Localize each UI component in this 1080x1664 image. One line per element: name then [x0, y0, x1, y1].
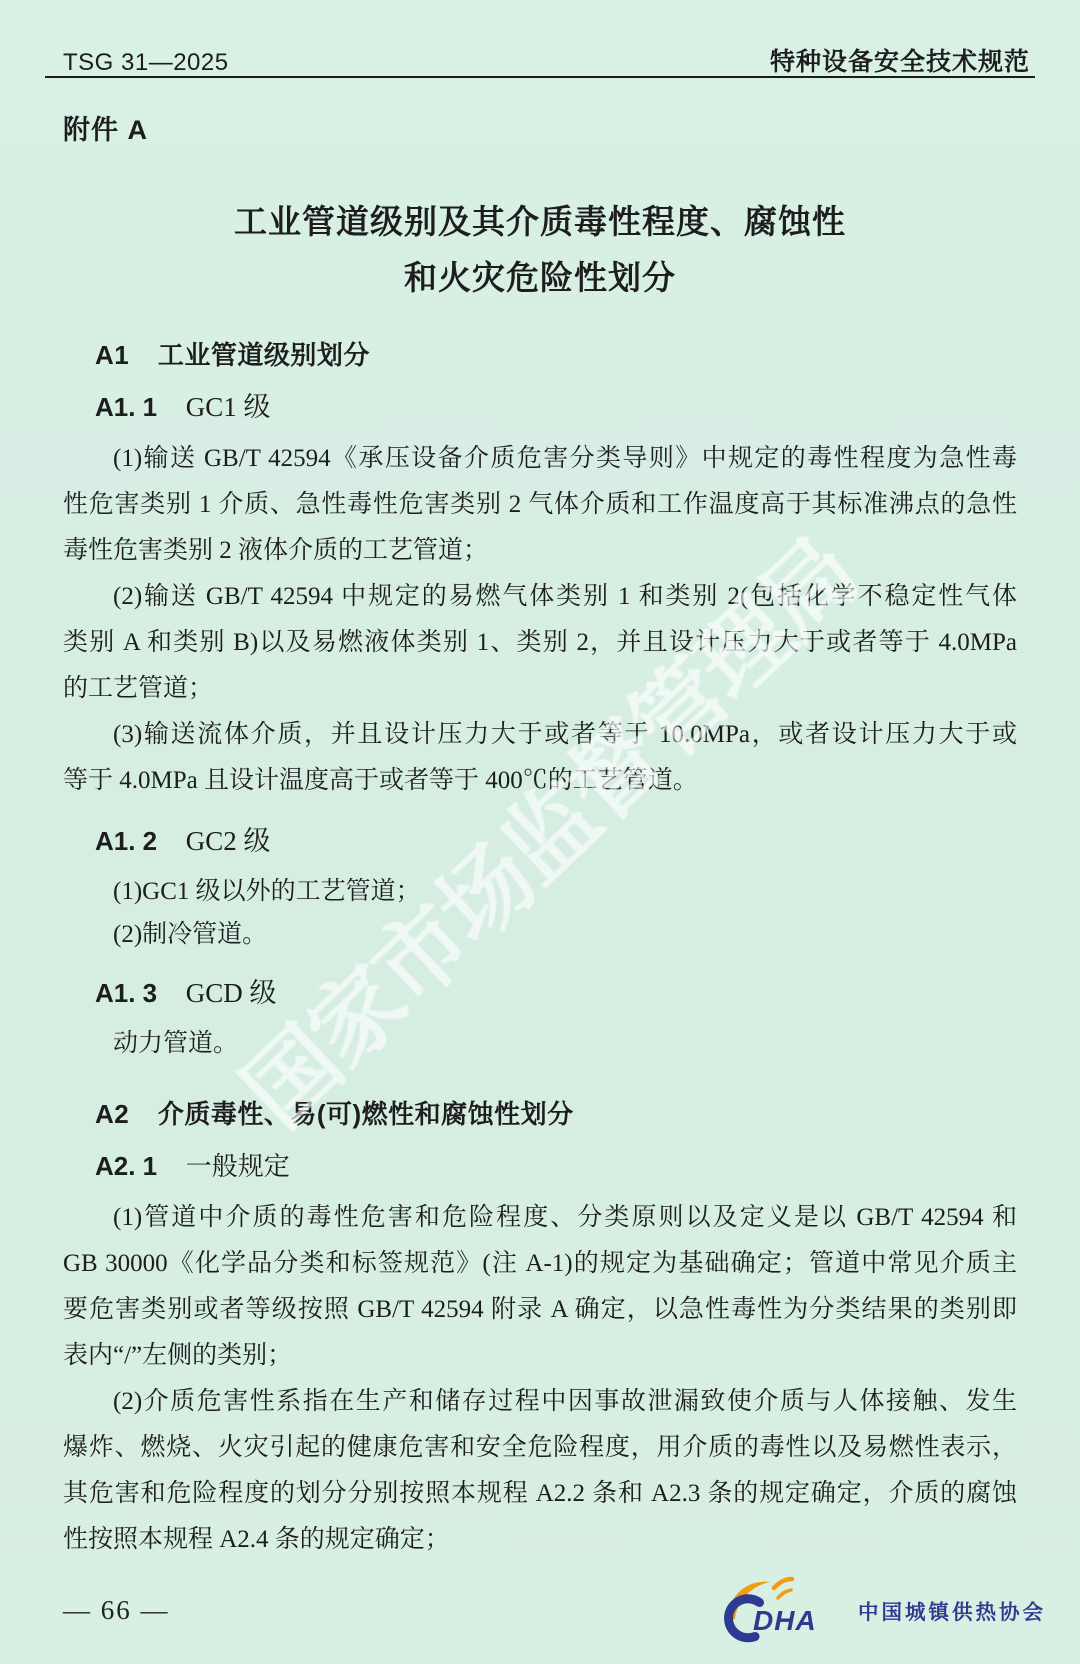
paragraph-line: 的工艺管道；	[63, 666, 1017, 712]
paragraph-line: (2)输送 GB/T 42594 中规定的易燃气体类别 1 和类别 2(包括化学…	[63, 574, 1017, 620]
association-logo: DHA 中国城镇供热协会	[718, 1572, 1046, 1648]
heading-number: A1. 3	[95, 978, 157, 1008]
subsection-heading: A2. 1一般规定	[63, 1151, 1017, 1181]
dha-logo-icon: DHA	[718, 1572, 852, 1648]
document-code: TSG 31—2025	[63, 49, 229, 77]
paragraph-line: 动力管道。	[63, 1022, 1017, 1065]
paragraph-line: (2)制冷管道。	[63, 913, 1017, 956]
heading-number: A2	[95, 1099, 129, 1129]
paragraph-line: (1)管道中介质的毒性危害和危险程度、分类原则以及定义是以 GB/T 42594…	[63, 1195, 1017, 1241]
heading-title: 工业管道级别划分	[158, 340, 370, 370]
heading-title: GC2 级	[186, 826, 271, 856]
section-heading: A2介质毒性、易(可)燃性和腐蚀性划分	[63, 1099, 1017, 1129]
document-title-line1: 工业管道级别及其介质毒性程度、腐蚀性	[63, 194, 1017, 250]
logo-association-name: 中国城镇供热协会	[858, 1595, 1046, 1625]
paragraph: (2)介质危害性系指在生产和储存过程中因事故泄漏致使介质与人体接触、发生爆炸、燃…	[63, 1379, 1017, 1563]
heading-number: A1. 1	[95, 392, 157, 422]
subsection-heading: A1. 1GC1 级	[63, 392, 1017, 422]
paragraph-line: GB 30000《化学品分类和标签规范》(注 A-1)的规定为基础确定；管道中常…	[63, 1241, 1017, 1287]
paragraph-line: (2)介质危害性系指在生产和储存过程中因事故泄漏致使介质与人体接触、发生	[63, 1379, 1017, 1425]
paragraph: (2)制冷管道。	[63, 913, 1017, 956]
heading-title: GCD 级	[186, 978, 277, 1008]
paragraph-line: (3)输送流体介质，并且设计压力大于或者等于 10.0MPa，或者设计压力大于或	[63, 712, 1017, 758]
logo-arc-small-icon	[778, 1590, 791, 1598]
paragraph-line: 表内“/”左侧的类别；	[63, 1333, 1017, 1379]
paragraph: (2)输送 GB/T 42594 中规定的易燃气体类别 1 和类别 2(包括化学…	[63, 574, 1017, 712]
page-header: TSG 31—2025 特种设备安全技术规范	[63, 42, 1030, 78]
paragraph: (1)管道中介质的毒性危害和危险程度、分类原则以及定义是以 GB/T 42594…	[63, 1195, 1017, 1379]
page-number: — 66 —	[63, 1595, 170, 1626]
paragraph: 动力管道。	[63, 1022, 1017, 1065]
header-rule	[45, 76, 1035, 78]
document-body: 工业管道级别及其介质毒性程度、腐蚀性 和火灾危险性划分 A1工业管道级别划分A1…	[63, 194, 1017, 1563]
logo-arc-icon	[774, 1579, 792, 1588]
heading-number: A1	[95, 340, 129, 370]
paragraph: (1)GC1 级以外的工艺管道；	[63, 870, 1017, 913]
paragraph-line: 毒性危害类别 2 液体介质的工艺管道；	[63, 528, 1017, 574]
heading-number: A2. 1	[95, 1151, 157, 1181]
logo-acronym: DHA	[753, 1605, 817, 1636]
paragraph-line: (1)输送 GB/T 42594《承压设备介质危害分类导则》中规定的毒性程度为急…	[63, 436, 1017, 482]
attachment-label: 附件 A	[63, 108, 148, 147]
paragraph-line: 类别 A 和类别 B)以及易燃液体类别 1、类别 2，并且设计压力大于或者等于 …	[63, 620, 1017, 666]
document-title-line2: 和火灾危险性划分	[63, 250, 1017, 306]
subsection-heading: A1. 3GCD 级	[63, 978, 1017, 1008]
heading-title: 一般规定	[186, 1151, 290, 1181]
document-category: 特种设备安全技术规范	[770, 42, 1030, 78]
paragraph-line: 等于 4.0MPa 且设计温度高于或者等于 400℃的工艺管道。	[63, 758, 1017, 804]
paragraph-line: 爆炸、燃烧、火灾引起的健康危害和安全危险程度，用介质的毒性以及易燃性表示，	[63, 1425, 1017, 1471]
section-heading: A1工业管道级别划分	[63, 340, 1017, 370]
paragraph: (3)输送流体介质，并且设计压力大于或者等于 10.0MPa，或者设计压力大于或…	[63, 712, 1017, 804]
subsection-heading: A1. 2GC2 级	[63, 826, 1017, 856]
heading-title: 介质毒性、易(可)燃性和腐蚀性划分	[158, 1099, 574, 1129]
heading-number: A1. 2	[95, 826, 157, 856]
paragraph-line: 性按照本规程 A2.4 条的规定确定；	[63, 1517, 1017, 1563]
paragraph-line: 其危害和危险程度的划分分别按照本规程 A2.2 条和 A2.3 条的规定确定，介…	[63, 1471, 1017, 1517]
paragraph-line: 要危害类别或者等级按照 GB/T 42594 附录 A 确定，以急性毒性为分类结…	[63, 1287, 1017, 1333]
paragraph-line: 性危害类别 1 介质、急性毒性危害类别 2 气体介质和工作温度高于其标准沸点的急…	[63, 482, 1017, 528]
paragraph: (1)输送 GB/T 42594《承压设备介质危害分类导则》中规定的毒性程度为急…	[63, 436, 1017, 574]
paragraph-line: (1)GC1 级以外的工艺管道；	[63, 870, 1017, 913]
document-page: TSG 31—2025 特种设备安全技术规范 附件 A 工业管道级别及其介质毒性…	[0, 0, 1080, 1664]
document-title: 工业管道级别及其介质毒性程度、腐蚀性 和火灾危险性划分	[63, 194, 1017, 306]
heading-title: GC1 级	[186, 392, 271, 422]
